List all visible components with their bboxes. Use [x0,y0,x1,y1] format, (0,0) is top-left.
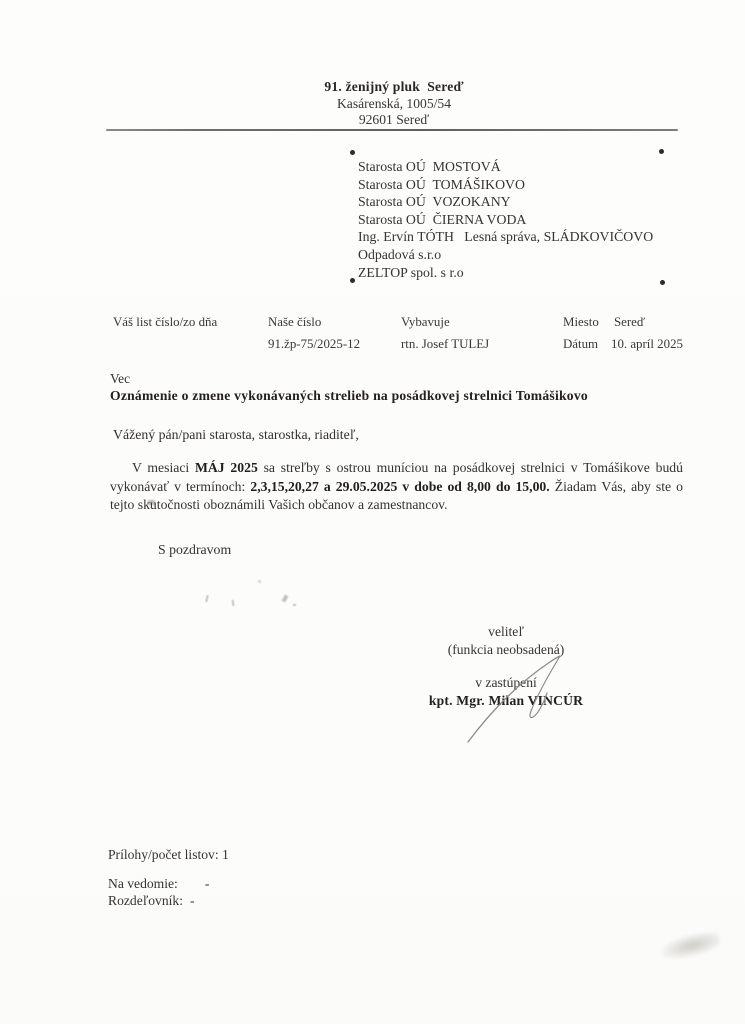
attachments-line: Prílohy/počet listov: 1 [108,847,229,863]
signature-title: veliteľ [415,623,597,641]
scan-speck [293,604,296,606]
date-value: 10. apríl 2025 [611,337,683,352]
our-ref-value: 91.žp-75/2025-12 [268,337,360,352]
body-bold-month: MÁJ 2025 [195,460,258,475]
place-label: Miesto [563,315,599,330]
scanned-letter-page: 91. ženijný pluk Sereď Kasárenská, 1005/… [0,0,745,1024]
handwritten-signature-stroke [452,648,577,750]
salutation: Vážený pán/pani starosta, starostka, ria… [113,427,359,443]
recipient-line: Starosta OÚ ČIERNA VODA [358,211,653,229]
distribution-value: - [190,893,195,909]
scan-speck [282,594,289,602]
letterhead-street: Kasárenská, 1005/54 [94,96,694,113]
fyi-line: Na vedomie:- [108,876,209,892]
distribution-line: Rozdeľovník:- [108,893,195,909]
window-mark-bottom-right-dot [660,280,665,285]
window-mark-bottom-left-dot [350,278,355,283]
recipient-line: Starosta OÚ TOMÁŠIKOVO [358,176,653,194]
distribution-label: Rozdeľovník: [108,893,183,908]
recipient-line: Starosta OÚ MOSTOVÁ [358,158,653,176]
closing-phrase: S pozdravom [158,542,231,558]
window-mark-top-left-dot [350,150,355,155]
date-label: Dátum [563,337,598,352]
scan-speck [258,580,261,583]
subject-text: Oznámenie o zmene vykonávaných strelieb … [110,388,588,404]
fyi-label: Na vedomie: [108,876,178,891]
scan-speck [232,600,235,606]
handled-by-value: rtn. Josef TULEJ [401,337,489,352]
recipient-list: Starosta OÚ MOSTOVÁ Starosta OÚ TOMÁŠIKO… [358,158,653,281]
body-text: V mesiaci [132,460,195,475]
recipient-line: Odpadová s.r.o [358,246,653,264]
letterhead-city: 92601 Sereď [94,112,694,129]
letterhead-unit-name: 91. ženijný pluk Sereď [94,79,694,96]
window-mark-top-right-dot [659,149,664,154]
our-ref-label: Naše číslo [268,315,321,330]
recipient-line: Starosta OÚ VOZOKANY [358,193,653,211]
your-ref-label: Váš list číslo/zo dňa [113,315,217,330]
handled-by-label: Vybavuje [401,315,450,330]
subject-label: Vec [110,371,130,387]
fyi-value: - [205,876,210,892]
recipient-line: Ing. Ervín TÓTH Lesná správa, SLÁDKOVIČO… [358,228,653,246]
letterhead: 91. ženijný pluk Sereď Kasárenská, 1005/… [94,79,694,129]
body-paragraph: V mesiaci MÁJ 2025 sa streľby s ostrou m… [110,459,683,515]
scan-speck [148,500,155,505]
body-bold-dates: 2,3,15,20,27 a 29.05.2025 v dobe od 8,00… [250,479,549,494]
scan-smudge [658,928,722,964]
letterhead-divider [106,129,678,131]
scan-speck [205,595,208,602]
recipient-line: ZELTOP spol. s r.o [358,264,653,282]
place-value: Sereď [614,315,645,330]
